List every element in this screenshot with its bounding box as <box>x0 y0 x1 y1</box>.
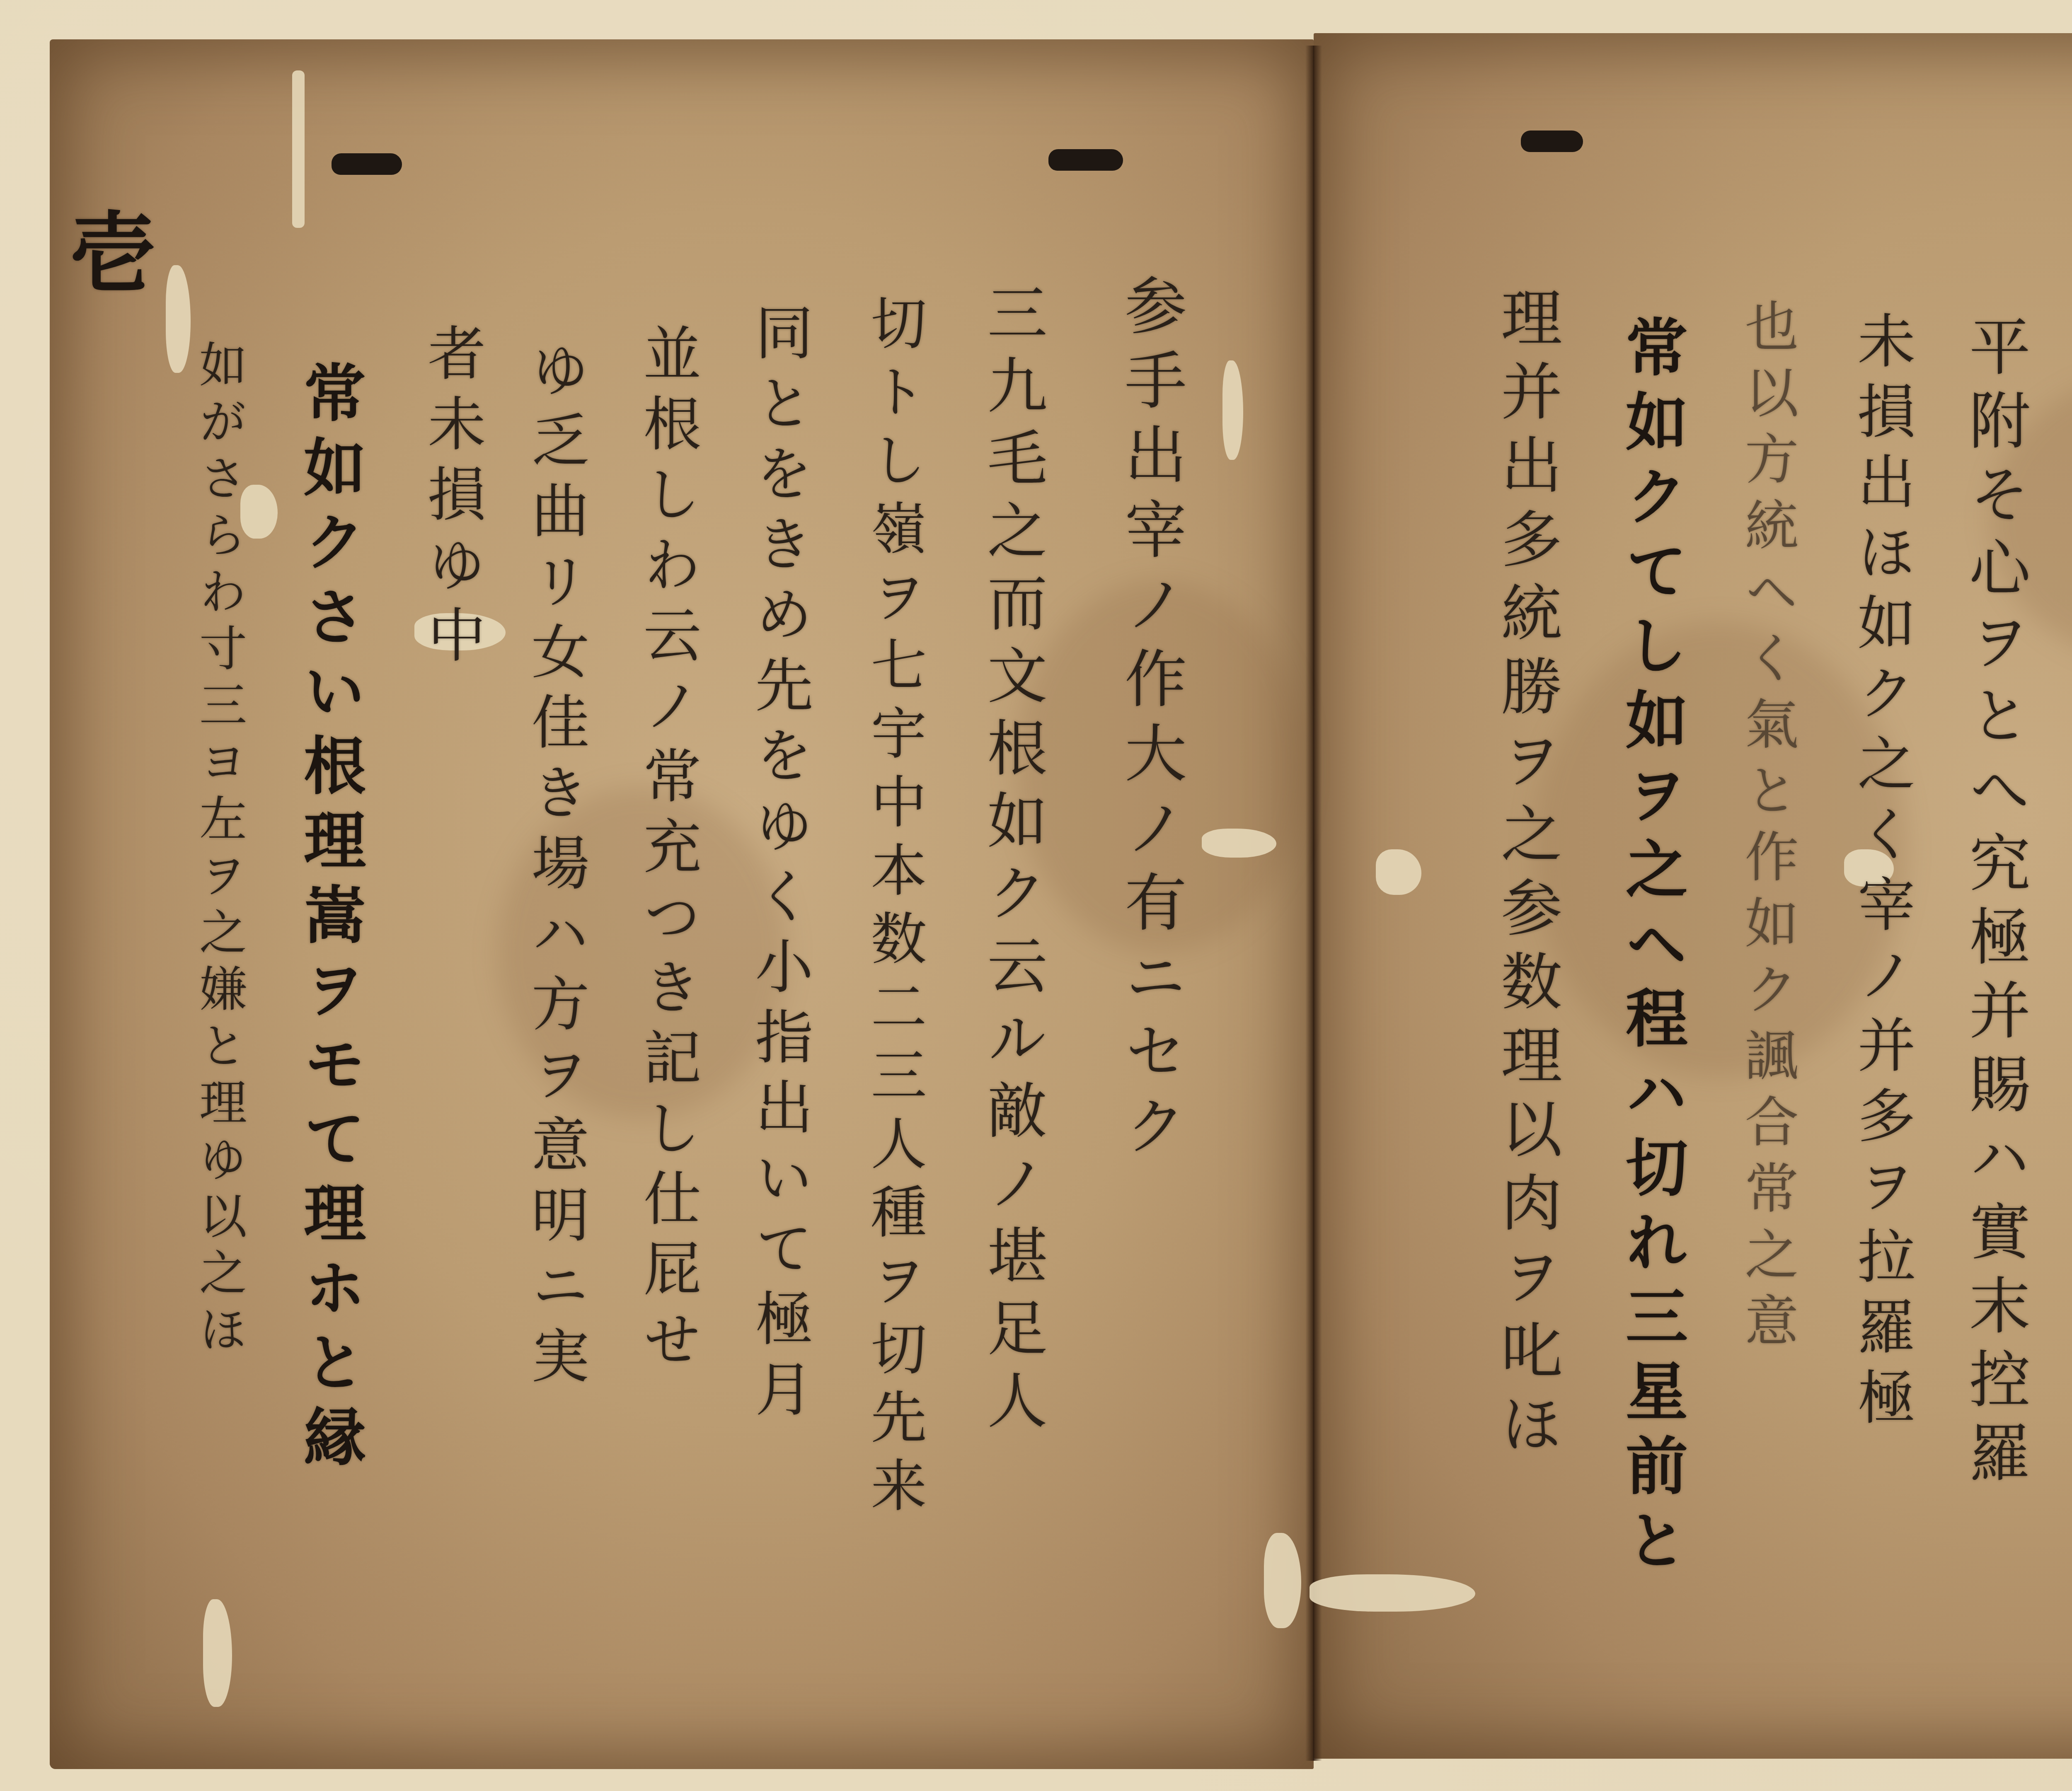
text-column-L4: 同とをきめ先をゆく小指出いて極月 <box>750 302 808 1429</box>
book-gutter <box>1305 46 1322 1761</box>
paper-loss <box>1376 849 1421 895</box>
item-mark-right-1 <box>1521 131 1583 152</box>
text-column-R5: 平附そ心ヲとへ究極并賜ハ實末控羅 <box>1964 315 2026 1495</box>
text-column-R8: 常如クてし如ヲ之ヘ程ハ切れ三星前と <box>1620 315 1682 1583</box>
text-column-L10: 壱 <box>62 207 149 307</box>
text-column-R9: 理并出多統勝ヲ之参数理以肉ヲ叱ほ <box>1496 286 1557 1466</box>
paper-loss <box>292 70 305 228</box>
text-column-L9: 如がさらわ寸三ヨ左ヲ之嫌と理ゆ以之ほ <box>195 340 242 1361</box>
text-column-R7: 也以方統ヘく氣と作如ク諷合常之意 <box>1740 298 1794 1359</box>
paper-loss <box>1202 829 1276 858</box>
text-column-L2: 三九毛之而文根如ク云ル敵ノ堪足人 <box>982 282 1042 1442</box>
text-column-L5: 並根しわ云ノ常充つき記し仕屁せ <box>638 323 696 1380</box>
paper-loss <box>1310 1574 1475 1612</box>
text-column-L8: 常如クさい根理嵩ヲモて理ホと縁 <box>298 360 361 1479</box>
text-column-L6: ゆ乏曲リ女佳き場ハ方ヲ意明ニ実 <box>526 340 584 1396</box>
text-column-L1: 参手出宰ノ作大ノ有ニセク <box>1119 273 1181 1168</box>
text-column-R6: 未損出ほ如ク之く宰ノ并多ヲ拉羅極 <box>1852 311 1910 1438</box>
item-mark-left-2 <box>1048 149 1123 171</box>
text-column-L7: 者未損ゆ中 <box>423 323 481 675</box>
text-column-L3: 切トし嶺ヲ七宇中本数二三人種ヲ切先来 <box>866 294 922 1525</box>
item-mark-left-1 <box>332 153 402 175</box>
